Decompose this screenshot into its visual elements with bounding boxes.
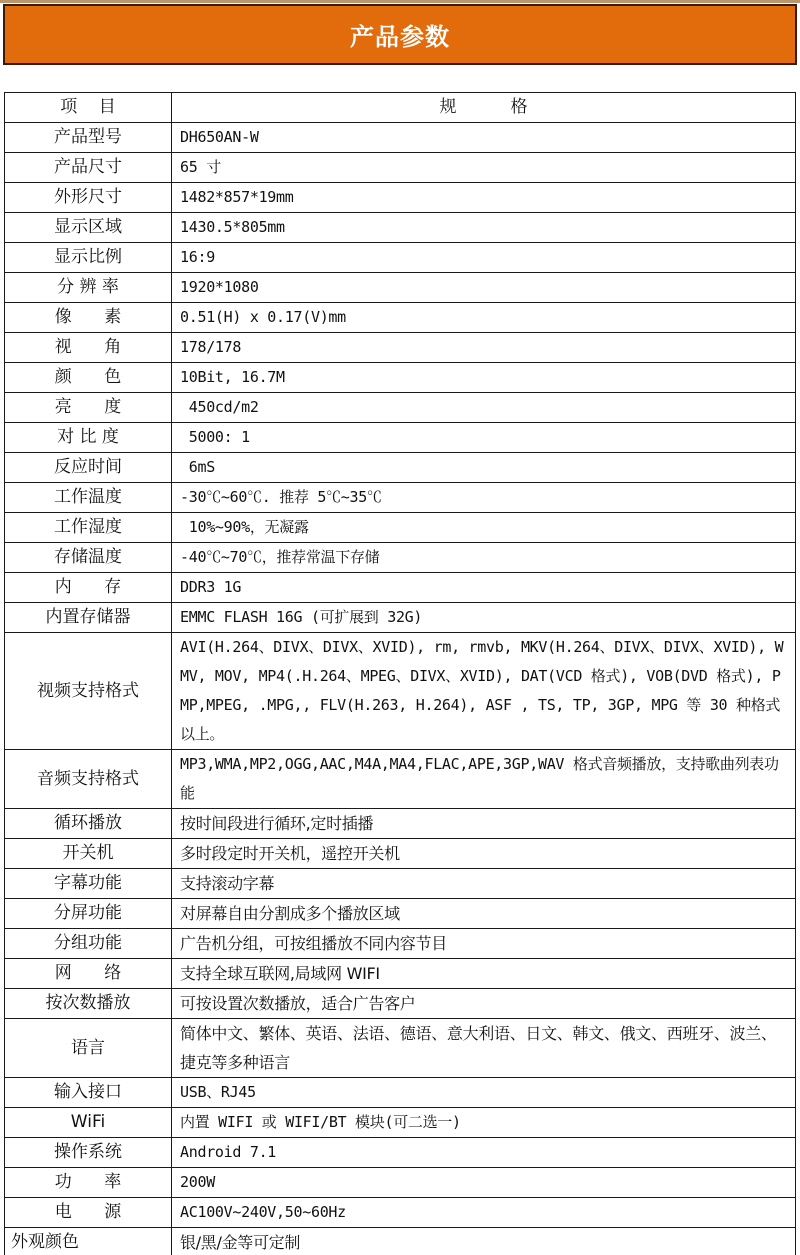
row-label: 显示区域: [5, 213, 172, 243]
row-label: 亮 度: [5, 393, 172, 423]
row-label: 分 辨 率: [5, 273, 172, 303]
row-value: 简体中文、繁体、英语、法语、德语、意大利语、日文、韩文、俄文、西班牙、波兰、捷克…: [172, 1019, 796, 1078]
row-value: 内置 WIFI 或 WIFI/BT 模块(可二选一): [172, 1108, 796, 1138]
table-row: 外观颜色 银/黑/金等可定制: [5, 1228, 796, 1255]
table-row: 显示区域 1430.5*805mm: [5, 213, 796, 243]
table-row: 外形尺寸 1482*857*19mm: [5, 183, 796, 213]
row-value: 178/178: [172, 333, 796, 363]
row-value: 1920*1080: [172, 273, 796, 303]
row-label: WiFi: [5, 1108, 172, 1138]
header-item: 项 目: [5, 93, 172, 123]
spec-table: 项 目 规 格 产品型号 DH650AN-W 产品尺寸 65 寸 外形尺寸 14…: [4, 92, 796, 1255]
row-label: 产品型号: [5, 123, 172, 153]
row-value: 0.51(H) x 0.17(V)mm: [172, 303, 796, 333]
header-spec: 规 格: [172, 93, 796, 123]
table-row: 分屏功能 对屏幕自由分割成多个播放区域: [5, 899, 796, 929]
row-value: 多时段定时开关机，遥控开关机: [172, 839, 796, 869]
table-row: 产品尺寸 65 寸: [5, 153, 796, 183]
row-label: 网 络: [5, 959, 172, 989]
table-row: 产品型号 DH650AN-W: [5, 123, 796, 153]
table-row: 视 角 178/178: [5, 333, 796, 363]
row-value: Android 7.1: [172, 1138, 796, 1168]
row-label: 功 率: [5, 1168, 172, 1198]
row-label: 内置存储器: [5, 603, 172, 633]
table-row-languages: 语言 简体中文、繁体、英语、法语、德语、意大利语、日文、韩文、俄文、西班牙、波兰…: [5, 1019, 796, 1078]
table-row: 显示比例 16:9: [5, 243, 796, 273]
row-value: 按时间段进行循环,定时插播: [172, 809, 796, 839]
table-row: 字幕功能 支持滚动字幕: [5, 869, 796, 899]
table-row: 反应时间 6mS: [5, 453, 796, 483]
table-header-row: 项 目 规 格: [5, 93, 796, 123]
row-value: AVI(H.264、DIVX、DIVX、XVID), rm, rmvb, MKV…: [172, 633, 796, 750]
row-value: 65 寸: [172, 153, 796, 183]
row-value: 1482*857*19mm: [172, 183, 796, 213]
table-row: 内 存 DDR3 1G: [5, 573, 796, 603]
row-label: 开关机: [5, 839, 172, 869]
top-rule: [0, 0, 800, 3]
table-row: 存储温度 -40℃~70℃，推荐常温下存储: [5, 543, 796, 573]
row-label: 音频支持格式: [5, 750, 172, 809]
row-value: DDR3 1G: [172, 573, 796, 603]
row-value: 200W: [172, 1168, 796, 1198]
row-label: 产品尺寸: [5, 153, 172, 183]
row-value: DH650AN-W: [172, 123, 796, 153]
table-row: 分组功能 广告机分组，可按组播放不同内容节目: [5, 929, 796, 959]
table-row: 操作系统 Android 7.1: [5, 1138, 796, 1168]
row-label: 颜 色: [5, 363, 172, 393]
row-label: 工作温度: [5, 483, 172, 513]
row-value: -30℃~60℃. 推荐 5℃~35℃: [172, 483, 796, 513]
table-row: 按次数播放 可按设置次数播放，适合广告客户: [5, 989, 796, 1019]
row-label: 字幕功能: [5, 869, 172, 899]
table-row: WiFi 内置 WIFI 或 WIFI/BT 模块(可二选一): [5, 1108, 796, 1138]
row-value: EMMC FLASH 16G (可扩展到 32G): [172, 603, 796, 633]
row-label: 视频支持格式: [5, 633, 172, 750]
table-row: 像 素 0.51(H) x 0.17(V)mm: [5, 303, 796, 333]
title-banner: 产品参数: [3, 4, 797, 65]
row-label: 反应时间: [5, 453, 172, 483]
table-row-video-formats: 视频支持格式 AVI(H.264、DIVX、DIVX、XVID), rm, rm…: [5, 633, 796, 750]
table-row: 功 率 200W: [5, 1168, 796, 1198]
row-value: USB、RJ45: [172, 1078, 796, 1108]
row-label: 存储温度: [5, 543, 172, 573]
row-label: 分屏功能: [5, 899, 172, 929]
row-label: 按次数播放: [5, 989, 172, 1019]
row-value: 5000: 1: [172, 423, 796, 453]
row-value: 对屏幕自由分割成多个播放区域: [172, 899, 796, 929]
row-value: 1430.5*805mm: [172, 213, 796, 243]
table-row: 工作湿度 10%~90%，无凝露: [5, 513, 796, 543]
banner-title: 产品参数: [350, 17, 450, 52]
row-value: AC100V~240V,50~60Hz: [172, 1198, 796, 1228]
table-row: 分 辨 率 1920*1080: [5, 273, 796, 303]
row-value: 支持全球互联网,局域网 WIFI: [172, 959, 796, 989]
table-row: 电 源 AC100V~240V,50~60Hz: [5, 1198, 796, 1228]
row-value: 广告机分组，可按组播放不同内容节目: [172, 929, 796, 959]
row-label: 循环播放: [5, 809, 172, 839]
row-value: 16:9: [172, 243, 796, 273]
row-label: 电 源: [5, 1198, 172, 1228]
row-label: 外形尺寸: [5, 183, 172, 213]
table-row: 网 络 支持全球互联网,局域网 WIFI: [5, 959, 796, 989]
row-value: 可按设置次数播放，适合广告客户: [172, 989, 796, 1019]
row-label: 外观颜色: [5, 1228, 172, 1255]
row-value: 450cd/m2: [172, 393, 796, 423]
row-value: 10Bit, 16.7M: [172, 363, 796, 393]
table-row: 颜 色 10Bit, 16.7M: [5, 363, 796, 393]
row-value: 10%~90%，无凝露: [172, 513, 796, 543]
row-label: 工作湿度: [5, 513, 172, 543]
table-row: 内置存储器 EMMC FLASH 16G (可扩展到 32G): [5, 603, 796, 633]
table-row: 工作温度 -30℃~60℃. 推荐 5℃~35℃: [5, 483, 796, 513]
table-row: 对 比 度 5000: 1: [5, 423, 796, 453]
table-row: 亮 度 450cd/m2: [5, 393, 796, 423]
table-row-audio-formats: 音频支持格式 MP3,WMA,MP2,OGG,AAC,M4A,MA4,FLAC,…: [5, 750, 796, 809]
table-row: 开关机 多时段定时开关机，遥控开关机: [5, 839, 796, 869]
row-label: 视 角: [5, 333, 172, 363]
table-row: 输入接口 USB、RJ45: [5, 1078, 796, 1108]
row-label: 输入接口: [5, 1078, 172, 1108]
row-label: 内 存: [5, 573, 172, 603]
row-label: 对 比 度: [5, 423, 172, 453]
row-value: MP3,WMA,MP2,OGG,AAC,M4A,MA4,FLAC,APE,3GP…: [172, 750, 796, 809]
row-label: 像 素: [5, 303, 172, 333]
row-value: 6mS: [172, 453, 796, 483]
row-value: 支持滚动字幕: [172, 869, 796, 899]
row-label: 语言: [5, 1019, 172, 1078]
row-value: -40℃~70℃，推荐常温下存储: [172, 543, 796, 573]
table-row: 循环播放 按时间段进行循环,定时插播: [5, 809, 796, 839]
row-label: 显示比例: [5, 243, 172, 273]
row-label: 分组功能: [5, 929, 172, 959]
row-label: 操作系统: [5, 1138, 172, 1168]
row-value: 银/黑/金等可定制: [172, 1228, 796, 1255]
